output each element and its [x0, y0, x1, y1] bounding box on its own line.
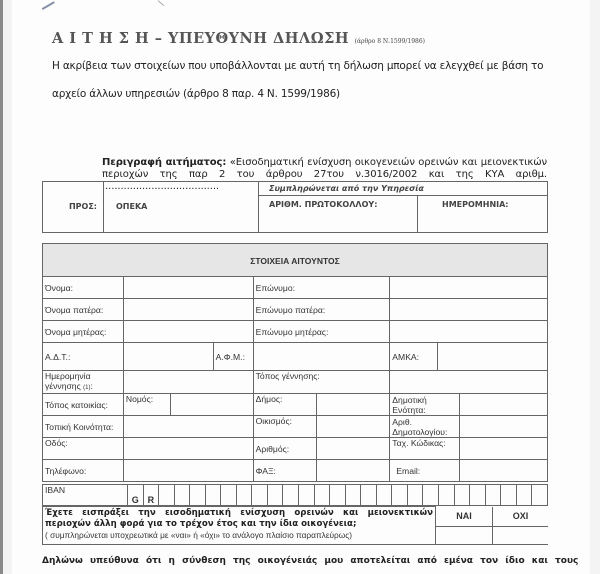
- email-field[interactable]: [460, 460, 548, 482]
- iban-table: IBAN GR: [42, 484, 548, 506]
- iban-char-cell[interactable]: [221, 485, 237, 506]
- iban-char-cell[interactable]: [438, 485, 454, 506]
- birth-place-label: Τόπος γέννησης:: [253, 371, 390, 394]
- iban-char-cell[interactable]: [470, 485, 486, 506]
- postal-code-label: Ταχ. Κώδικας:: [390, 438, 460, 460]
- mother-name-field[interactable]: [123, 321, 253, 343]
- father-surname-label: Επώνυμο πατέρα:: [253, 299, 390, 321]
- prior-payment-table: Έχετε εισπράξει την εισοδηματική ενίσχυσ…: [42, 506, 548, 545]
- iban-char-cell[interactable]: [252, 485, 268, 506]
- iban-char-cell[interactable]: [159, 485, 175, 506]
- mother-surname-field[interactable]: [390, 321, 548, 343]
- street-number-field[interactable]: [316, 438, 390, 460]
- settlement-label: Οικισμός:: [253, 416, 316, 438]
- local-community-label: Τοπική Κοινότητα:: [43, 416, 124, 438]
- father-name-label: Όνομα πατέρα:: [43, 299, 124, 321]
- email-label: Email:: [390, 460, 460, 482]
- routing-table: ΠΡΟΣ: ΟΠΕΚΑ Συμπληρώνεται από την Υπηρεσ…: [42, 181, 548, 233]
- iban-char-cell[interactable]: [283, 485, 299, 506]
- yes-checkbox[interactable]: [436, 527, 493, 545]
- iban-char-cell[interactable]: [423, 485, 439, 506]
- protocol-number-label: ΑΡΙΘΜ. ΠΡΩΤΟΚΟΛΛΟΥ:: [269, 200, 377, 209]
- tax-id-label: Α.Φ.Μ.:: [213, 343, 253, 371]
- iban-char-cell[interactable]: [376, 485, 392, 506]
- iban-char-cell[interactable]: [361, 485, 377, 506]
- mother-name-label: Όνομα μητέρας:: [43, 321, 124, 343]
- iban-char-cell[interactable]: [345, 485, 361, 506]
- municipality-label: Δήμος:: [253, 394, 316, 416]
- postal-code-field[interactable]: [460, 438, 548, 460]
- phone-field[interactable]: [123, 460, 253, 482]
- amka-field[interactable]: [438, 343, 548, 371]
- iban-char-cell[interactable]: [532, 485, 548, 506]
- prefecture-field[interactable]: [170, 394, 253, 416]
- no-checkbox[interactable]: [492, 527, 548, 545]
- iban-char-cell[interactable]: [190, 485, 206, 506]
- birth-date-label: Ημερομηνία γέννησης (1):: [43, 371, 124, 394]
- street-label: Οδός:: [43, 438, 124, 460]
- amka-label: ΑΜΚΑ:: [390, 343, 438, 371]
- iban-char-cell[interactable]: [299, 485, 315, 506]
- yes-label: ΝΑΙ: [436, 507, 493, 527]
- iban-char-cell[interactable]: G: [128, 485, 144, 506]
- mother-surname-label: Επώνυμο μητέρας:: [253, 321, 390, 343]
- municipal-unit-field[interactable]: [460, 394, 548, 416]
- declaration-text: Δηλώνω υπεύθυνα ότι η σύνθεση της οικογέ…: [42, 556, 548, 566]
- iban-char-cell[interactable]: [236, 485, 252, 506]
- iban-char-cell[interactable]: [267, 485, 283, 506]
- iban-char-cell[interactable]: [392, 485, 408, 506]
- iban-char-cell[interactable]: [205, 485, 221, 506]
- iban-char-cell[interactable]: [330, 485, 346, 506]
- registry-number-field[interactable]: [460, 416, 548, 438]
- service-note: Συμπληρώνεται από την Υπηρεσία: [259, 182, 548, 196]
- prior-payment-note: ( συμπληρώνεται υποχρεωτικά με «ναι» ή «…: [45, 530, 352, 540]
- father-name-field[interactable]: [123, 299, 253, 321]
- last-name-label: Επώνυμο:: [253, 277, 390, 299]
- section-title: ΣΤΟΙΧΕΙΑ ΑΙΤΟΥΝΤΟΣ: [43, 244, 548, 277]
- prior-payment-question: Έχετε εισπράξει την εισοδηματική ενίσχυσ…: [43, 507, 436, 545]
- intro-line-2: αρχείο άλλων υπηρεσιών (άρθρο 8 παρ. 4 Ν…: [52, 88, 340, 100]
- request-description-label: Περιγραφή αιτήματος:: [102, 157, 226, 168]
- municipal-unit-label: Δημοτική Ενότητα:: [390, 394, 460, 416]
- id-card-label: Α.Δ.Τ.:: [43, 343, 124, 371]
- iban-char-cell[interactable]: [174, 485, 190, 506]
- no-label: ΟΧΙ: [492, 507, 548, 527]
- iban-char-cell[interactable]: [516, 485, 532, 506]
- settlement-field[interactable]: [316, 416, 390, 438]
- fax-label: ΦΑΞ:: [253, 460, 316, 482]
- intro-line-1: Η ακρίβεια των στοιχείων που υποβάλλοντα…: [52, 60, 543, 72]
- to-label: ΠΡΟΣ:: [43, 182, 104, 233]
- street-field[interactable]: [123, 438, 253, 460]
- municipality-field[interactable]: [316, 394, 390, 416]
- iban-char-cell[interactable]: [485, 485, 501, 506]
- iban-char-cell[interactable]: [454, 485, 470, 506]
- tax-id-field[interactable]: [253, 343, 390, 371]
- applicant-table: ΣΤΟΙΧΕΙΑ ΑΙΤΟΥΝΤΟΣ Όνομα: Επώνυμο: Όνομα…: [42, 243, 548, 482]
- first-name-field[interactable]: [123, 277, 253, 299]
- page-edge: [0, 0, 3, 574]
- street-number-label: Αριθμός:: [253, 438, 316, 460]
- residence-label: Τόπος κατοικίας:: [43, 394, 124, 416]
- phone-label: Τηλέφωνο:: [43, 460, 124, 482]
- iban-char-cell[interactable]: R: [143, 485, 159, 506]
- to-value: ΟΠΕΚΑ: [104, 182, 259, 233]
- iban-char-cell[interactable]: [407, 485, 423, 506]
- date-field[interactable]: ΗΜΕΡΟΜΗΝΙΑ:: [418, 196, 548, 233]
- id-card-field[interactable]: [123, 343, 213, 371]
- fax-field[interactable]: [316, 460, 390, 482]
- registry-number-label: Αριθ. Δημοτολογίου:: [390, 416, 460, 438]
- last-name-field[interactable]: [390, 277, 548, 299]
- local-community-field[interactable]: [123, 416, 253, 438]
- birth-place-field[interactable]: [390, 371, 548, 394]
- iban-char-cell[interactable]: [501, 485, 517, 506]
- form-title: Α Ι Τ Η Σ Η – ΥΠΕΥΘΥΝΗ ΔΗΛΩΣΗ (άρθρο 8 Ν…: [52, 30, 425, 47]
- form-title-note: (άρθρο 8 Ν.1599/1986): [355, 38, 425, 45]
- iban-char-cell[interactable]: [314, 485, 330, 506]
- protocol-number-field[interactable]: ΑΡΙΘΜ. ΠΡΩΤΟΚΟΛΛΟΥ:: [259, 196, 418, 233]
- iban-label: IBAN: [43, 485, 128, 506]
- first-name-label: Όνομα:: [43, 277, 124, 299]
- prefecture-label: Νομός:: [123, 394, 170, 416]
- date-label: ΗΜΕΡΟΜΗΝΙΑ:: [442, 200, 509, 209]
- father-surname-field[interactable]: [390, 299, 548, 321]
- birth-date-field[interactable]: [123, 371, 253, 394]
